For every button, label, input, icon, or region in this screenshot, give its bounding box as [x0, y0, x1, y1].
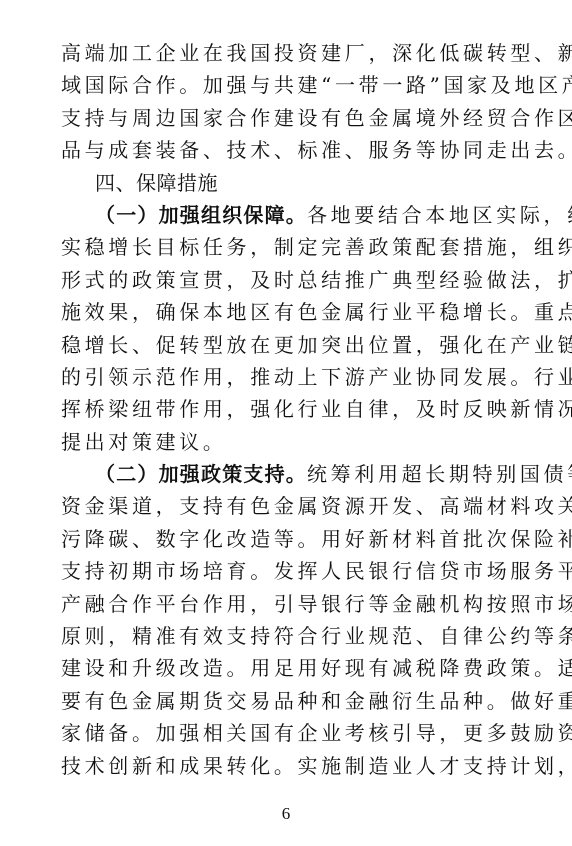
section-heading: 四、保障措施 [61, 167, 517, 199]
body-text-line: 资金渠道，支持有色金属资源开发、高端材料攻关、节能减 [61, 490, 517, 522]
subsection-first-line: （一）加强组织保障。各地要结合本地区实际，细化落 [61, 199, 517, 231]
body-text-line: 提出对策建议。 [61, 426, 517, 458]
subsection-first-line: （二）加强政策支持。统筹利用超长期特别国债等现有 [61, 458, 517, 490]
body-text-line: 支持与周边国家合作建设有色金属境外经贸合作区，引导产 [61, 102, 517, 134]
body-text-line: 原则，精准有效支持符合行业规范、自律公约等条件的项目 [61, 620, 517, 652]
body-text-line: 要有色金属期货交易品种和金融衍生品种。做好重要品种国 [61, 685, 517, 717]
body-text-line: 技术创新和成果转化。实施制造业人才支持计划，建好用好 [61, 750, 517, 782]
page-number: 6 [0, 804, 572, 824]
body-text-line: 施效果，确保本地区有色金属行业平稳增长。重点企业要把 [61, 296, 517, 328]
body-text-line: 污降碳、数字化改造等。用好新材料首批次保险补偿等政策， [61, 523, 517, 555]
body-text-line: 家储备。加强相关国有企业考核引导，更多鼓励资源开发、 [61, 717, 517, 749]
body-text-line: 稳增长、促转型放在更加突出位置，强化在产业链供应链中 [61, 329, 517, 361]
document-body: 高端加工企业在我国投资建厂，深化低碳转型、新材料等领 域国际合作。加强与共建“一… [61, 37, 517, 782]
subsection-title: （二）加强政策支持。 [95, 462, 307, 486]
body-text-line: 高端加工企业在我国投资建厂，深化低碳转型、新材料等领 [61, 37, 517, 69]
body-text: 统筹利用超长期特别国债等现有 [307, 462, 572, 486]
body-text-line: 域国际合作。加强与共建“一带一路”国家及地区产业协作， [61, 69, 517, 101]
body-text-line: 品与成套装备、技术、标准、服务等协同走出去。 [61, 134, 517, 166]
body-text-line: 建设和升级改造。用足用好现有减税降费政策。适时丰富重 [61, 652, 517, 684]
subsection-title: （一）加强组织保障。 [95, 203, 307, 227]
body-text-line: 形式的政策宣贯，及时总结推广典型经验做法，扩大政策实 [61, 264, 517, 296]
body-text-line: 产融合作平台作用，引导银行等金融机构按照市场化法治化 [61, 588, 517, 620]
body-text: 各地要结合本地区实际，细化落 [307, 203, 572, 227]
body-text-line: 实稳增长目标任务，制定完善政策配套措施，组织开展多种 [61, 231, 517, 263]
body-text-line: 的引领示范作用，推动上下游产业协同发展。行业协会要发 [61, 361, 517, 393]
body-text-line: 支持初期市场培育。发挥人民银行信贷市场服务平台、国家 [61, 555, 517, 587]
body-text-line: 挥桥梁纽带作用，强化行业自律，及时反映新情况新问题和 [61, 393, 517, 425]
